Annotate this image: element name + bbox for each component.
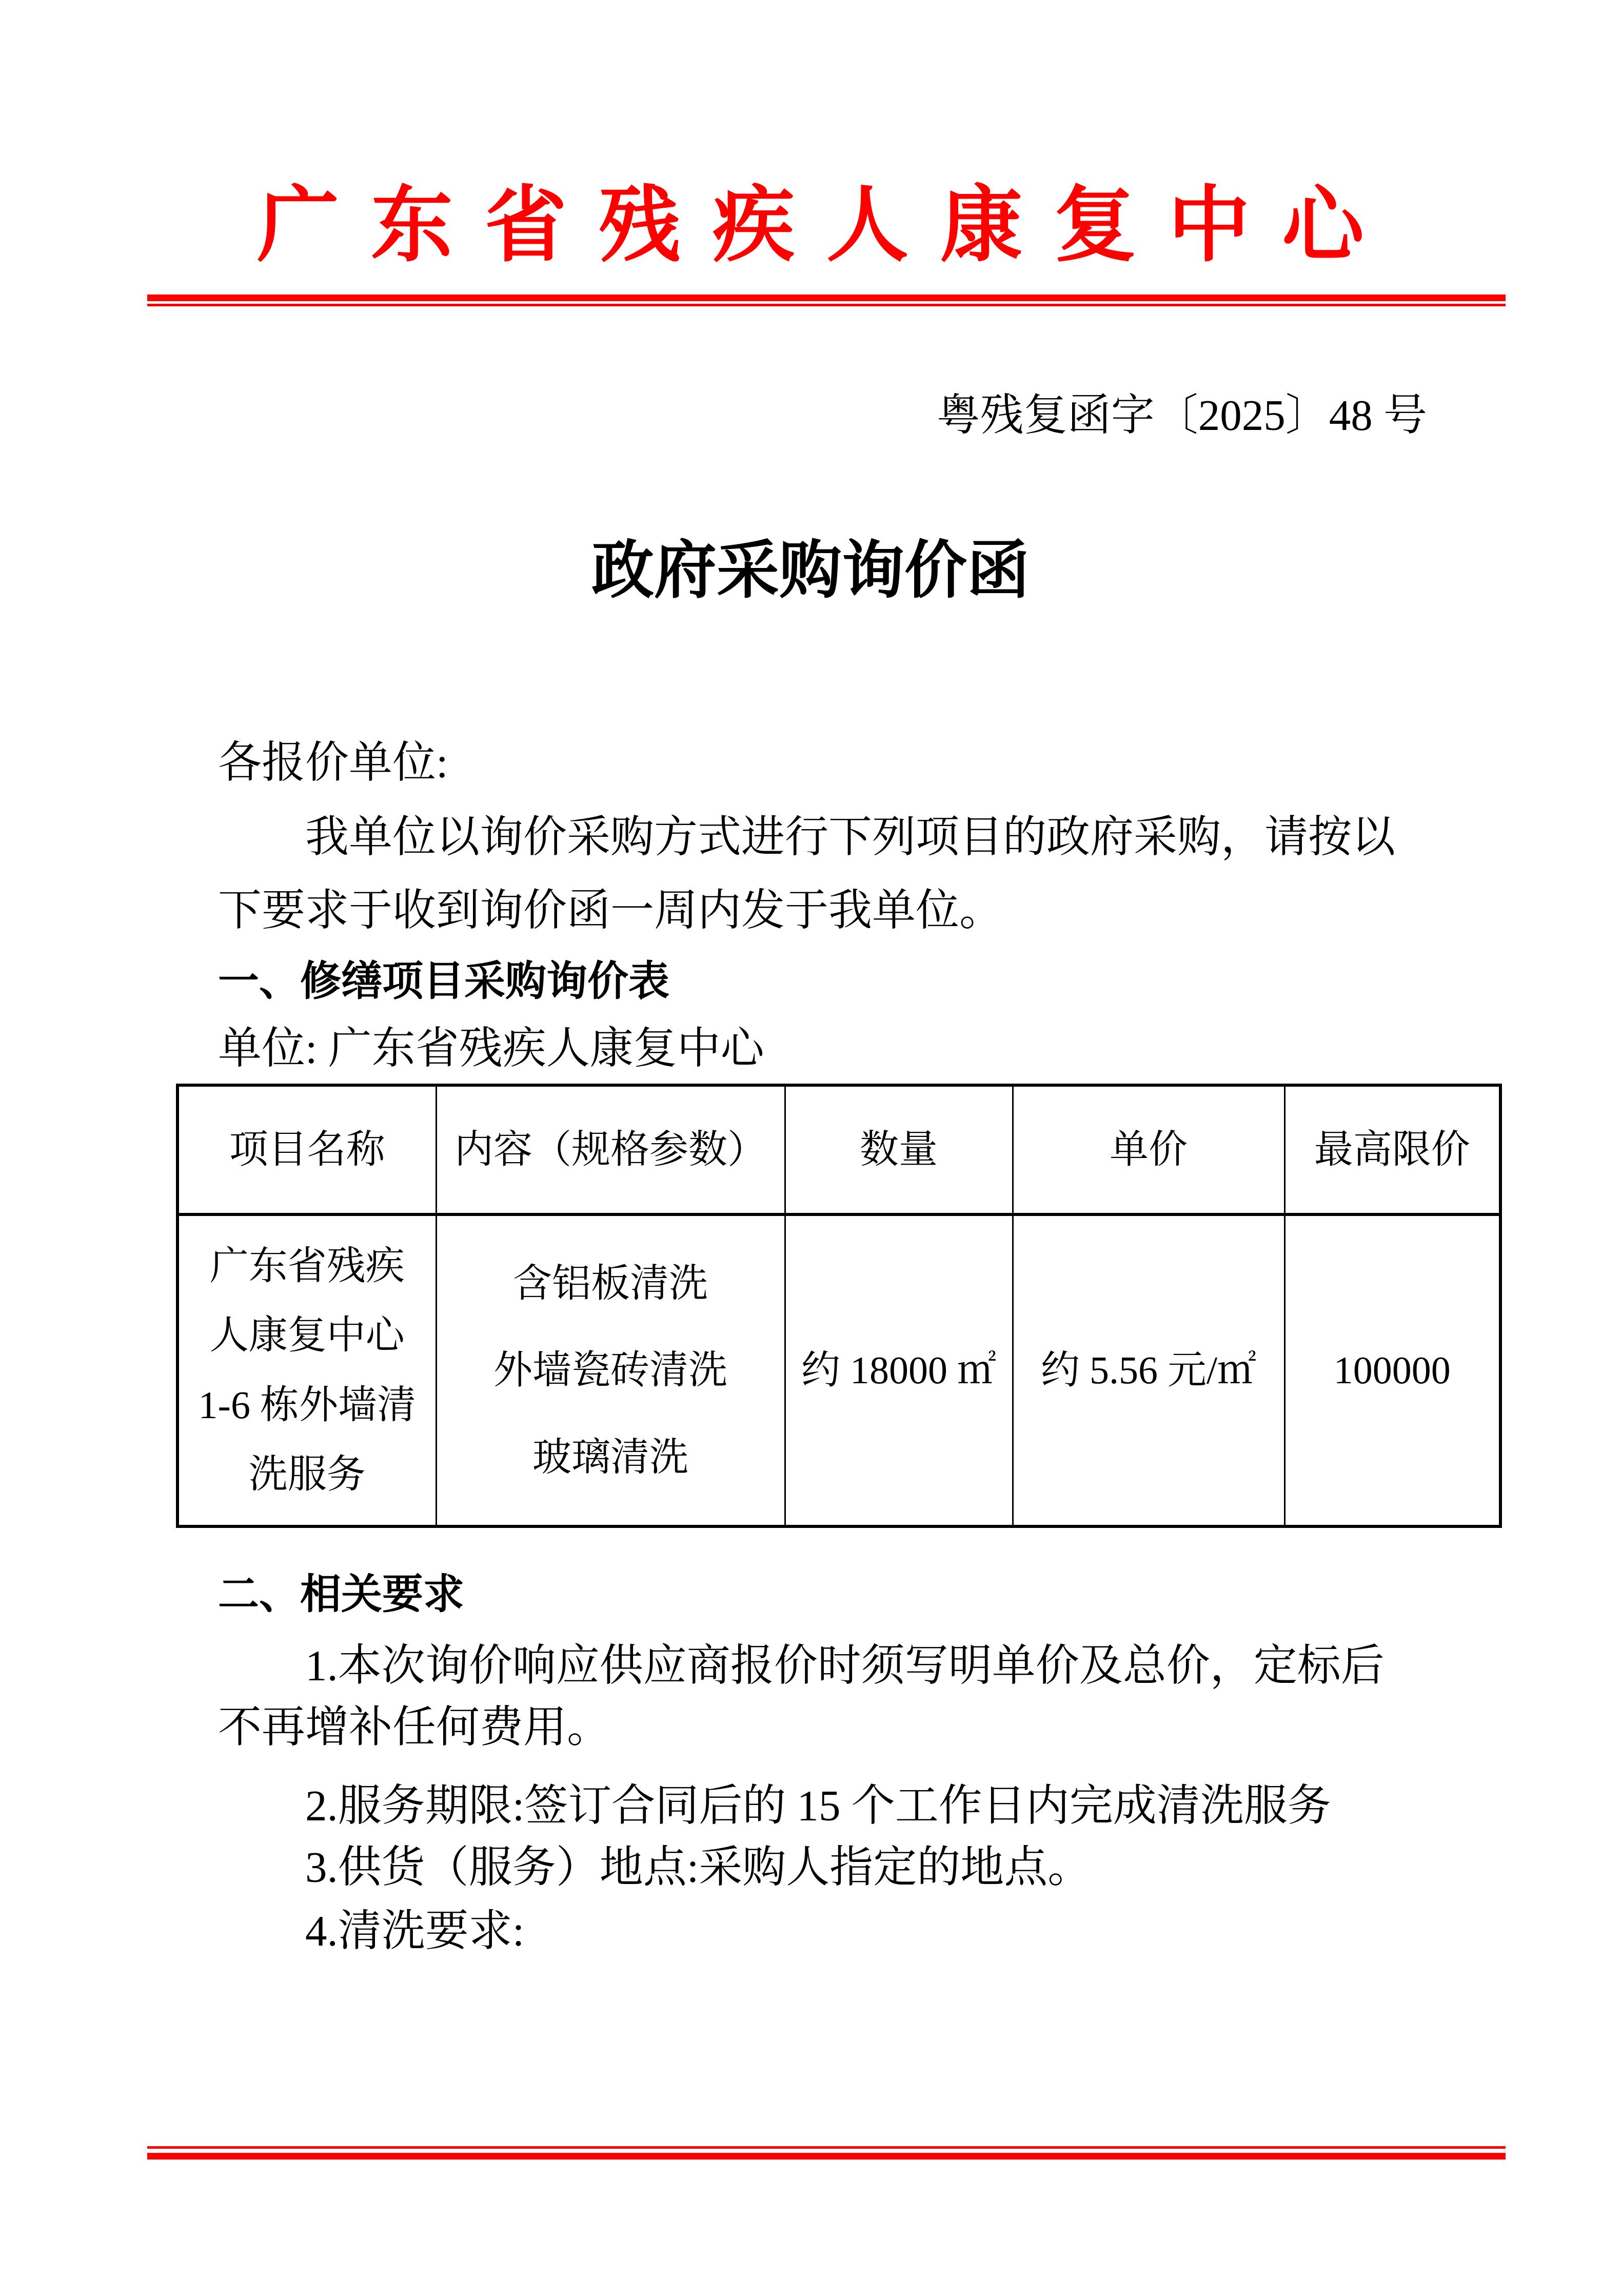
requirement-line-3: 3.供货（服务）地点:采购人指定的地点。 <box>305 1846 1091 1890</box>
project-name-lines: 广东省残疾 人康复中心 1-6 栋外墙清 洗服务 <box>179 1216 436 1525</box>
column-header-unit-price: 单价 <box>1013 1085 1284 1214</box>
requirement-line-4: 4.清洗要求: <box>305 1910 524 1953</box>
document-title: 政府采购询价函 <box>0 540 1621 602</box>
cell-quantity: 约 18000 ㎡ <box>785 1214 1013 1526</box>
content-spec-line: 含铝板清洗 <box>513 1264 708 1303</box>
letterhead-rule-thick <box>147 295 1506 301</box>
content-spec-line: 玻璃清洗 <box>532 1438 688 1477</box>
letterhead-org-name: 广东省残疾人康复中心 <box>0 185 1621 267</box>
project-name-line: 广东省残疾 <box>210 1247 405 1286</box>
requirement-line-1-continued: 不再增补任何费用。 <box>218 1706 610 1750</box>
column-header-content-spec: 内容（规格参数） <box>436 1085 785 1214</box>
table-header-row: 项目名称 内容（规格参数） 数量 单价 最高限价 <box>177 1085 1500 1214</box>
requirement-line-2: 2.服务期限:签订合同后的 15 个工作日内完成清洗服务 <box>305 1784 1331 1828</box>
project-name-line: 1-6 栋外墙清 <box>199 1386 416 1425</box>
footer-rule-thick <box>147 2153 1506 2160</box>
salutation-line: 各报价单位: <box>218 741 448 785</box>
column-header-project-name: 项目名称 <box>177 1085 436 1214</box>
intro-paragraph-line-2: 下要求于收到询价函一周内发于我单位。 <box>218 889 1003 933</box>
footer-rule-thin <box>147 2146 1506 2149</box>
document-number: 粤残复函字〔2025〕48 号 <box>937 394 1427 438</box>
section-2-heading: 二、相关要求 <box>218 1574 464 1615</box>
inquiry-table: 项目名称 内容（规格参数） 数量 单价 最高限价 广东省残疾 人康复中心 1-6… <box>176 1084 1502 1528</box>
content-spec-lines: 含铝板清洗 外墙瓷砖清洗 玻璃清洗 <box>437 1216 784 1525</box>
project-name-line: 洗服务 <box>249 1455 366 1494</box>
unit-name-line: 单位: 广东省残疾人康复中心 <box>218 1027 764 1071</box>
letterhead-rule <box>147 295 1506 306</box>
footer-rule <box>147 2146 1506 2160</box>
letterhead-rule-thin <box>147 304 1506 306</box>
cell-project-name: 广东省残疾 人康复中心 1-6 栋外墙清 洗服务 <box>177 1214 436 1526</box>
intro-paragraph-line-1: 我单位以询价采购方式进行下列项目的政府采购，请按以 <box>305 816 1395 859</box>
project-name-line: 人康复中心 <box>210 1316 405 1355</box>
section-1-heading: 一、修缮项目采购询价表 <box>218 960 669 1002</box>
cell-unit-price: 约 5.56 元/㎡ <box>1013 1214 1284 1526</box>
column-header-max-price: 最高限价 <box>1284 1085 1500 1214</box>
content-spec-line: 外墙瓷砖清洗 <box>493 1351 727 1390</box>
requirement-line-1: 1.本次询价响应供应商报价时须写明单价及总价，定标后 <box>305 1644 1385 1688</box>
column-header-quantity: 数量 <box>785 1085 1013 1214</box>
cell-content-spec: 含铝板清洗 外墙瓷砖清洗 玻璃清洗 <box>436 1214 785 1526</box>
cell-max-price: 100000 <box>1284 1214 1500 1526</box>
table-data-row: 广东省残疾 人康复中心 1-6 栋外墙清 洗服务 含铝板清洗 外墙瓷砖清洗 玻璃… <box>177 1214 1500 1526</box>
